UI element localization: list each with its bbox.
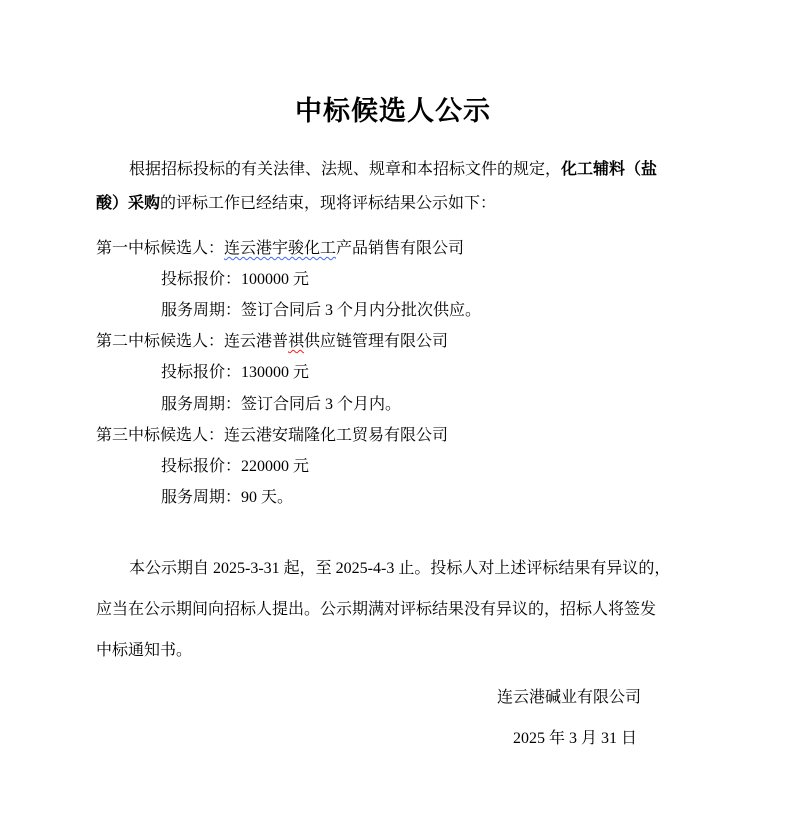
candidate-1-bid-line: 投标报价：100000 元 [161, 271, 309, 288]
document-title: 中标候选人公示 [0, 96, 786, 126]
candidate-3-period-label: 服务周期： [161, 489, 241, 506]
intro-line-1-bold: 化工辅料（盐 [561, 161, 657, 178]
candidate-2-name-line: 第二中标候选人：连云港普祺供应链管理有限公司 [96, 333, 448, 350]
candidate-1-bid-value: 100000 元 [241, 271, 309, 288]
candidate-3-label: 第三中标候选人： [96, 427, 224, 444]
candidate-1-name-line: 第一中标候选人：连云港宇骏化工产品销售有限公司 [96, 240, 464, 257]
intro-line-1-normal: 根据招标投标的有关法律、法规、规章和本招标文件的规定， [129, 161, 561, 178]
candidate-3-period-line: 服务周期：90 天。 [161, 489, 293, 506]
candidate-2-period-label: 服务周期： [161, 396, 241, 413]
candidate-2-name-rest: 供应链管理有限公司 [304, 333, 448, 350]
closing-line-3: 中标通知书。 [96, 642, 192, 659]
intro-line-2-bold: 酸）采购 [96, 195, 160, 212]
signature-company: 连云港碱业有限公司 [497, 689, 641, 706]
intro-line-2-normal: 的评标工作已经结束，现将评标结果公示如下： [160, 195, 496, 212]
candidate-1-bid-label: 投标报价： [161, 271, 241, 288]
candidate-3-bid-label: 投标报价： [161, 458, 241, 475]
document-page: 中标候选人公示 根据招标投标的有关法律、法规、规章和本招标文件的规定，化工辅料（… [0, 0, 786, 828]
closing-line-1: 本公示期自 2025-3-31 起，至 2025-4-3 止。投标人对上述评标结… [129, 560, 670, 577]
candidate-2-bid-label: 投标报价： [161, 364, 241, 381]
candidate-2-name-pre: 连云港普 [224, 333, 288, 350]
candidate-2-name-spellcheck-marked: 祺 [288, 333, 304, 350]
candidate-1-label: 第一中标候选人： [96, 240, 224, 257]
candidate-2-period-line: 服务周期：签订合同后 3 个月内。 [161, 396, 401, 413]
candidate-3-name-line: 第三中标候选人：连云港安瑞隆化工贸易有限公司 [96, 427, 448, 444]
candidate-3-name-rest: 连云港安瑞隆化工贸易有限公司 [224, 427, 448, 444]
candidate-2-period-value: 签订合同后 3 个月内。 [241, 396, 401, 413]
candidate-2-label: 第二中标候选人： [96, 333, 224, 350]
candidate-1-period-label: 服务周期： [161, 302, 241, 319]
candidate-2-bid-value: 130000 元 [241, 364, 309, 381]
closing-line-2: 应当在公示期间向招标人提出。公示期满对评标结果没有异议的，招标人将签发 [96, 601, 656, 618]
signature-date: 2025 年 3 月 31 日 [513, 730, 637, 747]
candidate-3-bid-value: 220000 元 [241, 458, 309, 475]
candidate-3-period-value: 90 天。 [241, 489, 293, 506]
intro-line-2: 酸）采购的评标工作已经结束，现将评标结果公示如下： [96, 195, 496, 212]
candidate-3-bid-line: 投标报价：220000 元 [161, 458, 309, 475]
candidate-1-name-rest: 产品销售有限公司 [336, 240, 464, 257]
candidate-1-period-line: 服务周期：签订合同后 3 个月内分批次供应。 [161, 302, 481, 319]
intro-line-1: 根据招标投标的有关法律、法规、规章和本招标文件的规定，化工辅料（盐 [129, 161, 657, 178]
candidate-1-period-value: 签订合同后 3 个月内分批次供应。 [241, 302, 481, 319]
candidate-1-name-grammar-marked: 连云港宇骏化工 [224, 240, 336, 257]
candidate-2-bid-line: 投标报价：130000 元 [161, 364, 309, 381]
